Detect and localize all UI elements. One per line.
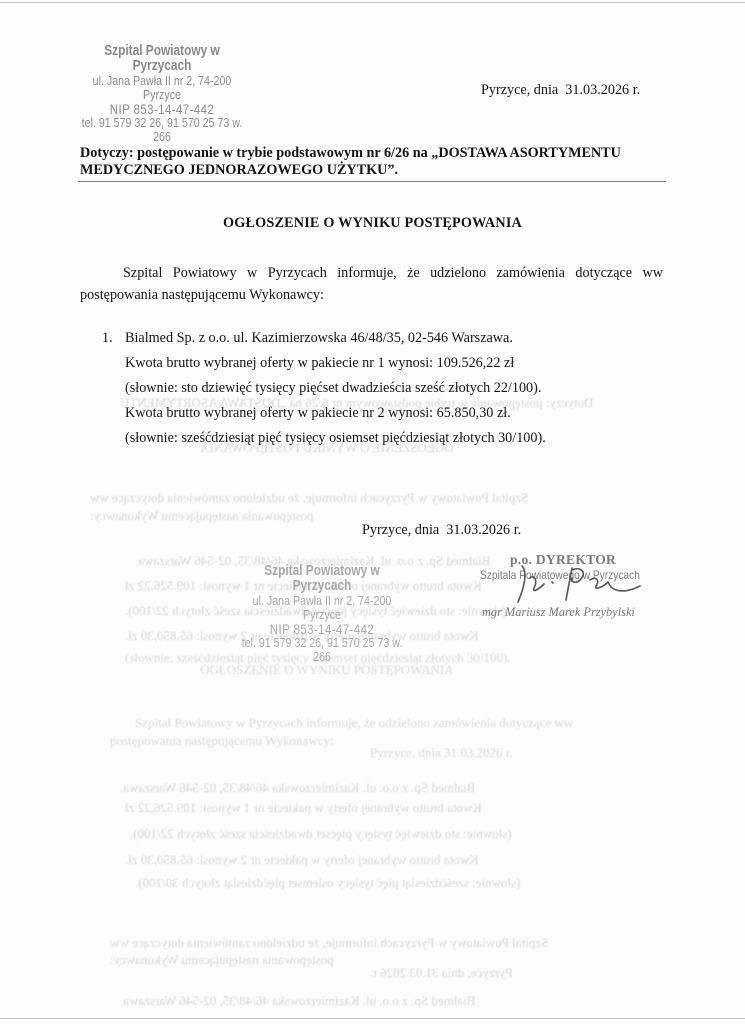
ghost-line: (słownie: sto dziewięć tysięcy pięćset d…: [130, 826, 512, 842]
intro-paragraph: Szpital Powiatowy w Pyrzycach informuje,…: [80, 262, 663, 306]
ghost-line: postępowania następującemu Wykonawcy:: [90, 508, 314, 524]
ghost-line: Pyrzyce, dnia 31.03.2026 r.: [370, 745, 513, 761]
package-2-amount: Kwota brutto wybranej oferty w pakiecie …: [125, 405, 511, 422]
stamp-address: ul. Jana Pawła II nr 2, 74-200 Pyrzyce: [80, 74, 244, 101]
stamp-hospital-name: Szpital Powiatowy w Pyrzycach: [80, 44, 244, 74]
ghost-line: postępowania następującemu Wykonawcy:: [110, 952, 334, 968]
package-2-amount-words: (słownie: sześćdziesiąt pięć tysięcy osi…: [125, 430, 546, 447]
stamp-phone: tel. 91 579 32 26, 91 570 25 73 w. 266: [80, 116, 244, 143]
handwritten-signature-icon: [500, 558, 650, 608]
ghost-line: Kwota brutto wybranej oferty w pakiecie …: [125, 800, 482, 816]
ghost-line: OGŁOSZENIE O WYNIKU POSTĘPOWANIA: [200, 662, 454, 678]
ghost-line: postępowania następującemu Wykonawcy:: [110, 733, 334, 749]
stamp-address: ul. Jana Pawła II nr 2, 74-200 Pyrzyce: [240, 594, 404, 621]
stamp-nip: NIP 853-14-47-442: [80, 102, 244, 117]
ghost-line: Kwota brutto wybranej oferty w pakiecie …: [125, 852, 478, 868]
scan-edge-top: [0, 2, 745, 3]
signatory-name: mgr Mariusz Marek Przybylski: [482, 604, 659, 620]
ghost-line: Bialmed Sp. z o.o. ul. Kazimierzowska 46…: [120, 780, 475, 796]
stamp-nip: NIP 853-14-47-442: [240, 622, 404, 637]
subject: Dotyczy: postępowanie w trybie podstawow…: [80, 145, 665, 179]
stamp-phone: tel. 91 579 32 26, 91 570 25 73 w. 266: [240, 636, 404, 663]
ghost-line: Bialmed Sp. z o.o. ul. Kazimierzowska 46…: [120, 993, 475, 1009]
signature-date: Pyrzyce, dnia 31.03.2026 r.: [362, 522, 521, 539]
stamp-hospital-name: Szpital Powiatowy w Pyrzycach: [240, 564, 404, 594]
ghost-line: Szpital Powiatowy w Pyrzycach informuje,…: [110, 935, 548, 951]
contractor-name-address: Bialmed Sp. z o.o. ul. Kazimierzowska 46…: [125, 330, 513, 347]
ghost-line: (słownie: sześćdziesiąt pięć tysięcy osi…: [135, 875, 521, 891]
hospital-stamp: Szpital Powiatowy w Pyrzycach ul. Jana P…: [80, 44, 244, 144]
subject-underline: [78, 181, 666, 182]
scan-edge-bottom: [0, 1018, 745, 1019]
subject-line-2: MEDYCZNEGO JEDNORAZOWEGO UŻYTKU”.: [80, 162, 665, 179]
intro-line-1: Szpital Powiatowy w Pyrzycach informuje,…: [80, 262, 663, 284]
document-heading: OGŁOSZENIE O WYNIKU POSTĘPOWANIA: [0, 215, 745, 232]
subject-line-1: Dotyczy: postępowanie w trybie podstawow…: [80, 145, 665, 162]
ghost-line: Szpital Powiatowy w Pyrzycach informuje,…: [90, 490, 528, 506]
hospital-stamp-bottom: Szpital Powiatowy w Pyrzycach ul. Jana P…: [240, 564, 404, 664]
package-1-amount-words: (słownie: sto dziewięć tysięcy pięćset d…: [125, 380, 541, 397]
intro-line-2: postępowania następującemu Wykonawcy:: [80, 284, 663, 306]
ghost-line: Pyrzyce, dnia 31.03.2026 r.: [370, 965, 513, 981]
ghost-line: Szpital Powiatowy w Pyrzycach informuje,…: [135, 715, 573, 731]
list-item-number: 1.: [102, 330, 113, 347]
signature-block: p.o. DYREKTOR Szpitala Powiatowego w Pyr…: [480, 552, 668, 620]
document-date: Pyrzyce, dnia 31.03.2026 r.: [481, 82, 640, 99]
package-1-amount: Kwota brutto wybranej oferty w pakiecie …: [125, 355, 514, 372]
